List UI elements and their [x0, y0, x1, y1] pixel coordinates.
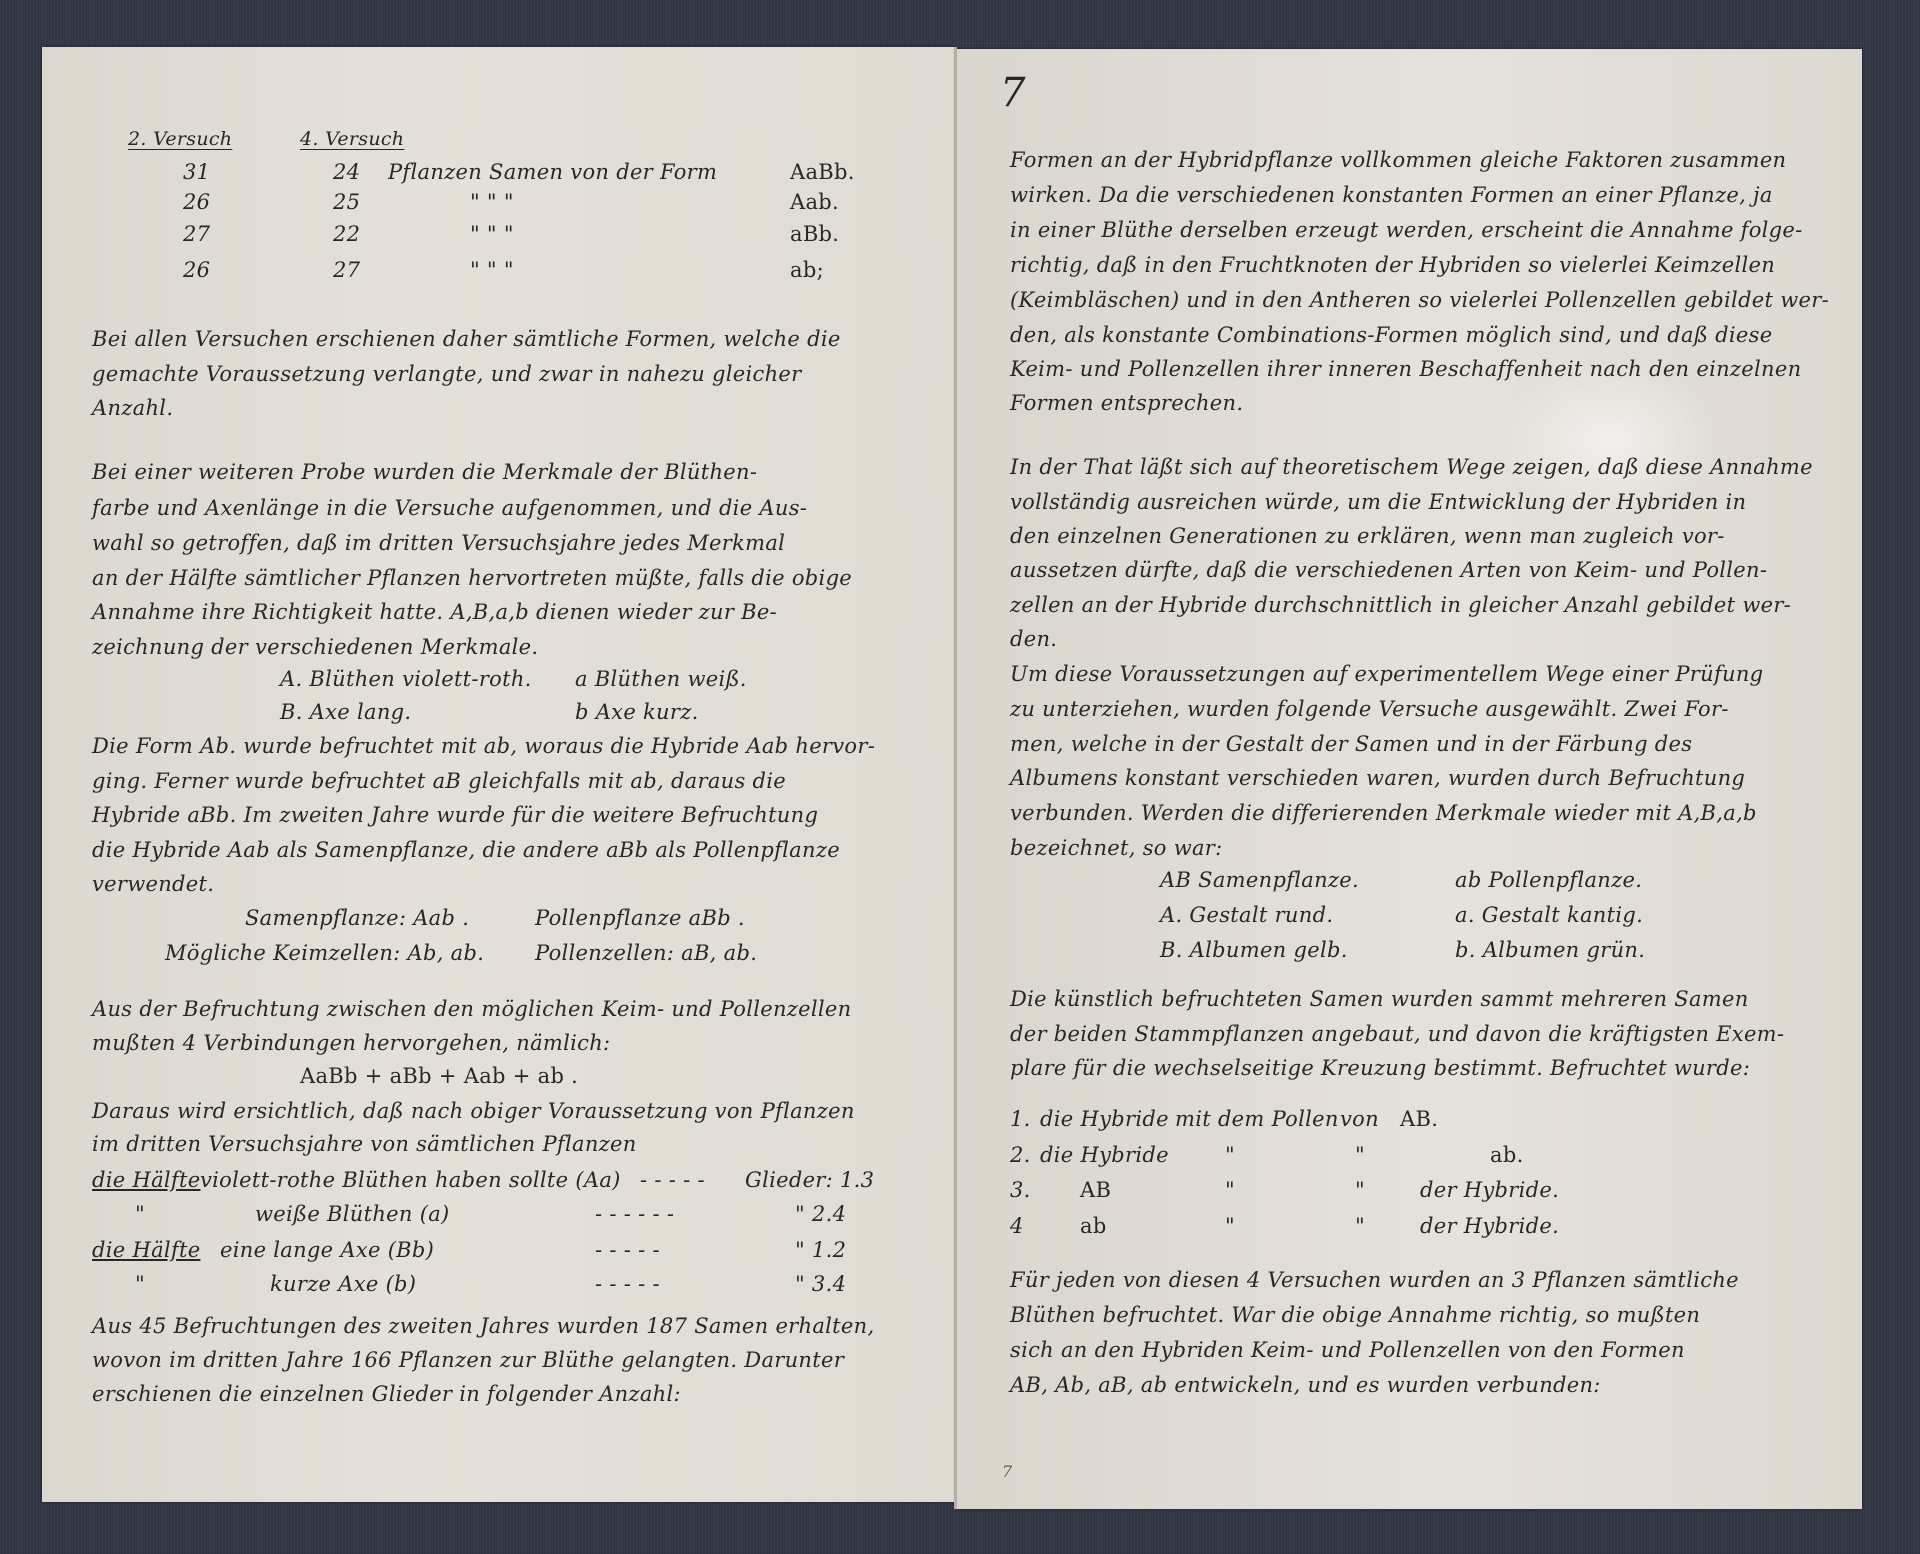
text-line: Bei einer weiteren Probe wurden die Merk…: [92, 460, 757, 484]
cross-a: die Hybride: [1040, 1143, 1169, 1167]
exp-ref: " 1.2: [795, 1238, 846, 1262]
text-line: Formen an der Hybridpflanze vollkommen g…: [1010, 148, 1786, 172]
cross-c: ": [1355, 1214, 1365, 1238]
text-line: den, als konstante Combinations-Formen m…: [1010, 323, 1772, 347]
text-line: sich an den Hybriden Keim- und Pollenzel…: [1010, 1338, 1685, 1362]
table-cell: 26: [183, 258, 210, 282]
cross-c: ": [1355, 1178, 1365, 1202]
text-line: den.: [1010, 627, 1057, 651]
text-line: vollständig ausreichen würde, um die Ent…: [1010, 490, 1746, 514]
text-line: Für jeden von diesen 4 Versuchen wurden …: [1010, 1268, 1739, 1292]
cross-num: 2.: [1010, 1143, 1031, 1167]
trait-right: a Blüthen weiß.: [575, 667, 747, 691]
exp-text: kurze Axe (b): [270, 1272, 416, 1296]
text-line: an der Hälfte sämtlicher Pflanzen hervor…: [92, 566, 852, 590]
exp-lead: die Hälfte: [92, 1238, 200, 1262]
cross-num: 1.: [1010, 1107, 1031, 1131]
text-line: (Keimbläschen) und in den Antheren so vi…: [1010, 288, 1829, 312]
cross-num: 3.: [1010, 1178, 1031, 1202]
table-cell: 24: [333, 160, 360, 184]
text-line: im dritten Versuchsjahre von sämtlichen …: [92, 1132, 637, 1156]
text-line: bezeichnet, so war:: [1010, 836, 1223, 860]
text-line: Aus 45 Befruchtungen des zweiten Jahres …: [92, 1314, 874, 1338]
cross-d: ab.: [1490, 1143, 1524, 1167]
text-line: farbe und Axenlänge in die Versuche aufg…: [92, 496, 807, 520]
text-line: Formen entsprechen.: [1010, 391, 1243, 415]
text-line: Bei allen Versuchen erschienen daher säm…: [92, 327, 841, 351]
text-line: wahl so getroffen, daß im dritten Versuc…: [92, 531, 785, 555]
table-cell: ab;: [790, 258, 824, 282]
table-header-4: 4. Versuch: [300, 128, 404, 150]
text-line: in einer Blüthe derselben erzeugt werden…: [1010, 218, 1803, 242]
text-line: erschienen die einzelnen Glieder in folg…: [92, 1382, 681, 1406]
page-fold: [954, 47, 957, 1509]
text-line: AB, Ab, aB, ab entwickeln, und es wurden…: [1010, 1373, 1601, 1397]
exp-lead: die Hälfte: [92, 1168, 200, 1192]
text-line: Blüthen befruchtet. War die obige Annahm…: [1010, 1303, 1700, 1327]
plant-right: Pollenzellen: aB, ab.: [535, 941, 757, 965]
text-line: zu unterziehen, wurden folgende Versuche…: [1010, 697, 1729, 721]
trait-right: b. Albumen grün.: [1455, 938, 1645, 962]
text-line: Um diese Voraussetzungen auf experimente…: [1010, 662, 1763, 686]
table-cell: 22: [333, 222, 360, 246]
exp-text: eine lange Axe (Bb): [220, 1238, 434, 1262]
text-line: zellen an der Hybride durchschnittlich i…: [1010, 593, 1791, 617]
text-line: Keim- und Pollenzellen ihrer inneren Bes…: [1010, 357, 1801, 381]
text-line: Die künstlich befruchteten Samen wurden …: [1010, 987, 1749, 1011]
page-number: 7: [1000, 70, 1026, 116]
trait-right: ab Pollenpflanze.: [1455, 868, 1642, 892]
cross-b: mit dem Pollen: [1175, 1107, 1339, 1131]
exp-ref: Glieder: 1.3: [745, 1168, 874, 1192]
cross-a: ab: [1080, 1214, 1107, 1238]
cross-b: ": [1225, 1178, 1235, 1202]
formula: AaBb + aBb + Aab + ab .: [300, 1064, 578, 1088]
exp-dash: - - - - -: [640, 1168, 705, 1192]
text-line: verwendet.: [92, 872, 214, 896]
exp-text: violett-rothe Blüthen haben sollte (Aa): [200, 1168, 621, 1192]
table-cell: 31: [183, 160, 210, 184]
table-cell: 27: [183, 222, 210, 246]
text-line: Albumens konstant verschieden waren, wur…: [1010, 766, 1745, 790]
exp-dash: - - - - -: [595, 1238, 660, 1262]
cross-a: die Hybride: [1040, 1107, 1169, 1131]
text-line: zeichnung der verschiedenen Merkmale.: [92, 635, 538, 659]
table-cell: 25: [333, 190, 360, 214]
table-cell: " " ": [470, 222, 514, 246]
cross-d: AB.: [1400, 1107, 1438, 1131]
page-bottom-mark: 7: [1002, 1462, 1012, 1481]
table-cell: Aab.: [790, 190, 839, 214]
text-line: den einzelnen Generationen zu erklären, …: [1010, 524, 1725, 548]
trait-left: A. Gestalt rund.: [1160, 903, 1333, 927]
text-line: Daraus wird ersichtlich, daß nach obiger…: [92, 1099, 855, 1123]
exp-ref: " 2.4: [795, 1202, 846, 1226]
plant-left: Samenpflanze: Aab .: [245, 906, 469, 930]
table-cell: " " ": [470, 190, 514, 214]
cross-c: ": [1355, 1143, 1365, 1167]
plant-left: Mögliche Keimzellen: Ab, ab.: [165, 941, 484, 965]
text-line: Die Form Ab. wurde befruchtet mit ab, wo…: [92, 734, 875, 758]
text-line: plare für die wechselseitige Kreuzung be…: [1010, 1056, 1750, 1080]
exp-dash: - - - - - -: [595, 1202, 674, 1226]
text-line: gemachte Voraussetzung verlangte, und zw…: [92, 362, 801, 386]
cross-c: von: [1340, 1107, 1379, 1131]
text-line: Aus der Befruchtung zwischen den möglich…: [92, 997, 851, 1021]
table-cell: 26: [183, 190, 210, 214]
text-line: wovon im dritten Jahre 166 Pflanzen zur …: [92, 1348, 844, 1372]
text-line: In der That läßt sich auf theoretischem …: [1010, 455, 1813, 479]
trait-right: b Axe kurz.: [575, 700, 699, 724]
trait-left: AB Samenpflanze.: [1160, 868, 1359, 892]
text-line: der beiden Stammpflanzen angebaut, und d…: [1010, 1022, 1784, 1046]
cross-d: der Hybride.: [1420, 1214, 1559, 1238]
exp-lead: ": [135, 1202, 145, 1226]
text-line: richtig, daß in den Fruchtknoten der Hyb…: [1010, 253, 1775, 277]
text-line: mußten 4 Verbindungen hervorgehen, nämli…: [92, 1031, 610, 1055]
table-cell: " " ": [470, 258, 514, 282]
cross-num: 4: [1010, 1214, 1024, 1238]
exp-dash: - - - - -: [595, 1272, 660, 1296]
text-line: die Hybride Aab als Samenpflanze, die an…: [92, 838, 840, 862]
text-line: verbunden. Werden die differierenden Mer…: [1010, 801, 1757, 825]
trait-left: B. Albumen gelb.: [1160, 938, 1348, 962]
text-line: Annahme ihre Richtigkeit hatte. A,B,a,b …: [92, 600, 777, 624]
cross-a: AB: [1080, 1178, 1111, 1202]
table-cell: AaBb.: [790, 160, 855, 184]
trait-left: A. Blüthen violett-roth.: [280, 667, 532, 691]
text-line: wirken. Da die verschiedenen konstanten …: [1010, 183, 1773, 207]
table-cell: Pflanzen Samen von der Form: [388, 160, 717, 184]
cross-b: ": [1225, 1214, 1235, 1238]
cross-b: ": [1225, 1143, 1235, 1167]
table-cell: 27: [333, 258, 360, 282]
text-line: Hybride aBb. Im zweiten Jahre wurde für …: [92, 803, 818, 827]
table-header-2: 2. Versuch: [128, 128, 232, 150]
text-line: ging. Ferner wurde befruchtet aB gleichf…: [92, 769, 786, 793]
text-line: men, welche in der Gestalt der Samen und…: [1010, 732, 1692, 756]
table-cell: aBb.: [790, 222, 839, 246]
exp-text: weiße Blüthen (a): [255, 1202, 450, 1226]
exp-ref: " 3.4: [795, 1272, 846, 1296]
trait-left: B. Axe lang.: [280, 700, 411, 724]
trait-right: a. Gestalt kantig.: [1455, 903, 1643, 927]
plant-right: Pollenpflanze aBb .: [535, 906, 745, 930]
cross-d: der Hybride.: [1420, 1178, 1559, 1202]
text-line: aussetzen dürfte, daß die verschiedenen …: [1010, 558, 1767, 582]
exp-lead: ": [135, 1272, 145, 1296]
text-line: Anzahl.: [92, 396, 173, 420]
